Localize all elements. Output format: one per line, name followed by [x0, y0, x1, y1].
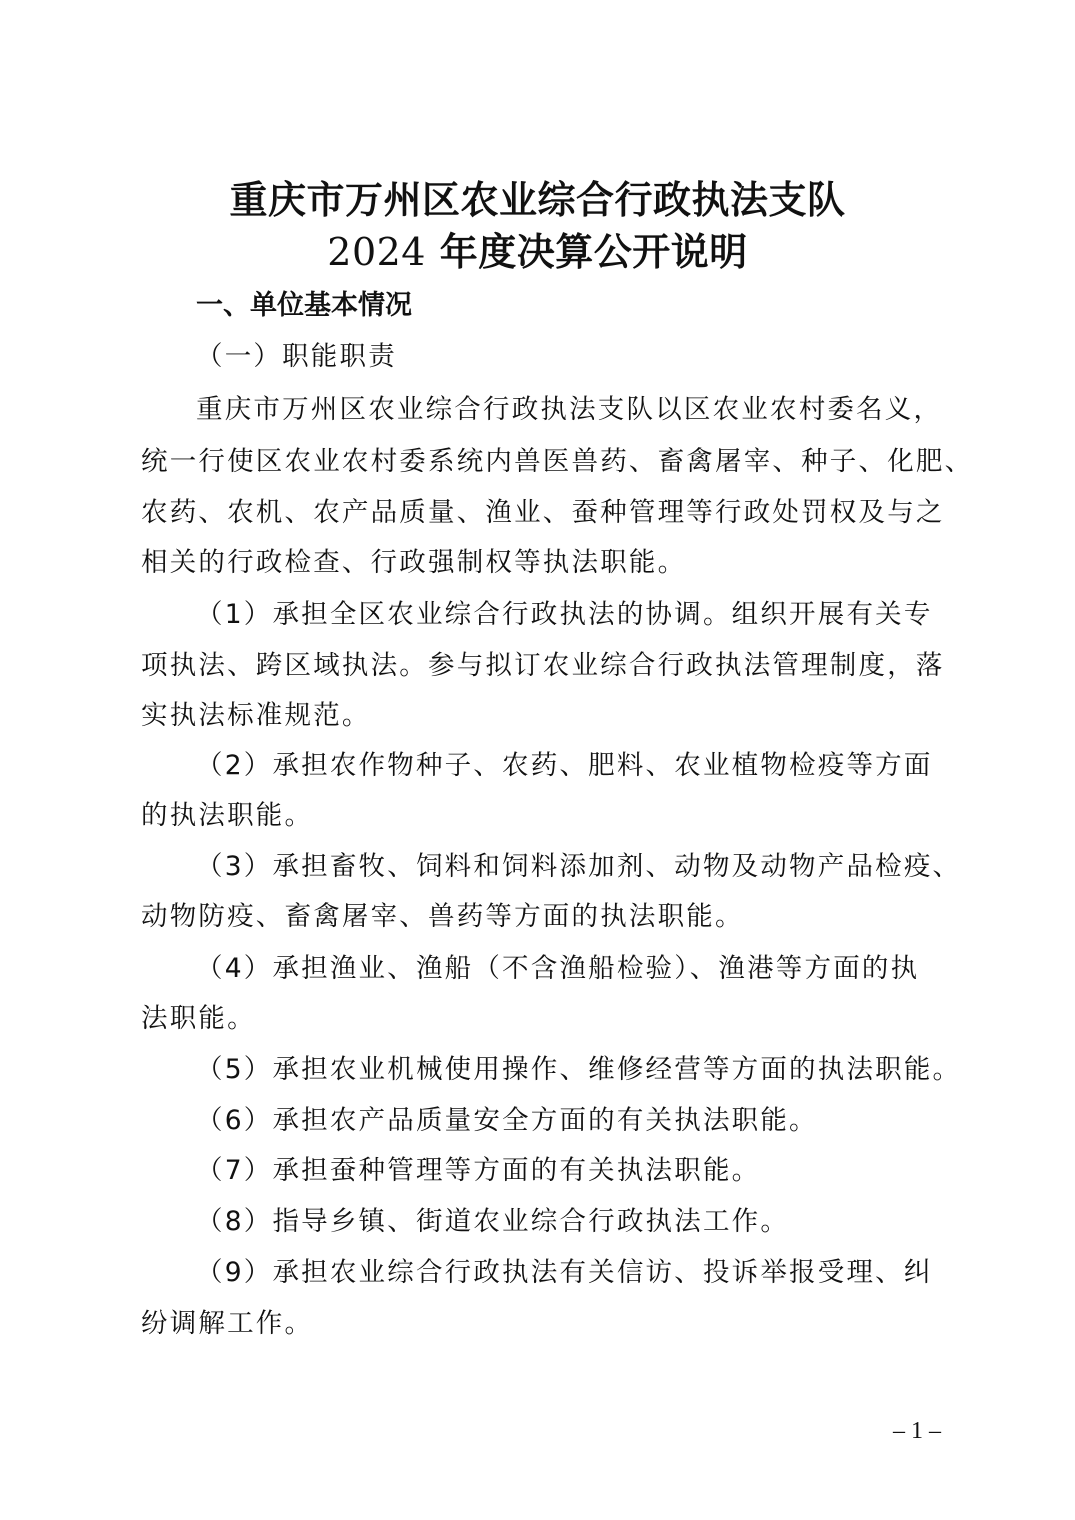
- duty-item-4-cont: 法职能。: [141, 1001, 941, 1037]
- intro-line: 农药、农机、农产品质量、渔业、蚕种管理等行政处罚权及与之: [141, 495, 941, 531]
- document-title-line1: 重庆市万州区农业综合行政执法支队: [0, 178, 1075, 222]
- duty-item-4: （4）承担渔业、渔船（不含渔船检验）、渔港等方面的执: [196, 951, 996, 987]
- title-year: 2024: [327, 230, 426, 274]
- duty-item-1-cont: 实执法标准规范。: [141, 698, 941, 734]
- duty-item-2: （2）承担农作物种子、农药、肥料、农业植物检疫等方面: [196, 748, 996, 784]
- duty-item-9: （9）承担农业综合行政执法有关信访、投诉举报受理、纠: [196, 1255, 996, 1291]
- intro-line: 相关的行政检查、行政强制权等执法职能。: [141, 545, 941, 581]
- intro-line: 统一行使区农业农村委系统内兽医兽药、畜禽屠宰、种子、化肥、: [141, 444, 941, 480]
- title-subtitle: 年度决算公开说明: [426, 229, 748, 274]
- subsection-heading-duties: （一）职能职责: [196, 339, 996, 375]
- duty-item-6: （6）承担农产品质量安全方面的有关执法职能。: [196, 1103, 996, 1139]
- duty-item-2-cont: 的执法职能。: [141, 798, 941, 834]
- page-number: – 1 –: [893, 1417, 941, 1445]
- section-heading-basic-info: 一、单位基本情况: [196, 288, 412, 324]
- duty-item-3: （3）承担畜牧、饲料和饲料添加剂、动物及动物产品检疫、: [196, 849, 996, 885]
- duty-item-7: （7）承担蚕种管理等方面的有关执法职能。: [196, 1153, 996, 1189]
- duty-item-8: （8）指导乡镇、街道农业综合行政执法工作。: [196, 1204, 996, 1240]
- duty-item-1: （1）承担全区农业综合行政执法的协调。组织开展有关专: [196, 597, 996, 633]
- duty-item-3-cont: 动物防疫、畜禽屠宰、兽药等方面的执法职能。: [141, 899, 941, 935]
- intro-line: 重庆市万州区农业综合行政执法支队以区农业农村委名义，: [196, 392, 996, 428]
- duty-item-5: （5）承担农业机械使用操作、维修经营等方面的执法职能。: [196, 1052, 996, 1088]
- document-title-line2: 2024 年度决算公开说明: [0, 230, 1075, 274]
- duty-item-9-cont: 纷调解工作。: [141, 1306, 941, 1342]
- duty-item-1-cont: 项执法、跨区域执法。参与拟订农业综合行政执法管理制度，落: [141, 648, 941, 684]
- document-page: 重庆市万州区农业综合行政执法支队 2024 年度决算公开说明 一、单位基本情况 …: [0, 0, 1075, 1520]
